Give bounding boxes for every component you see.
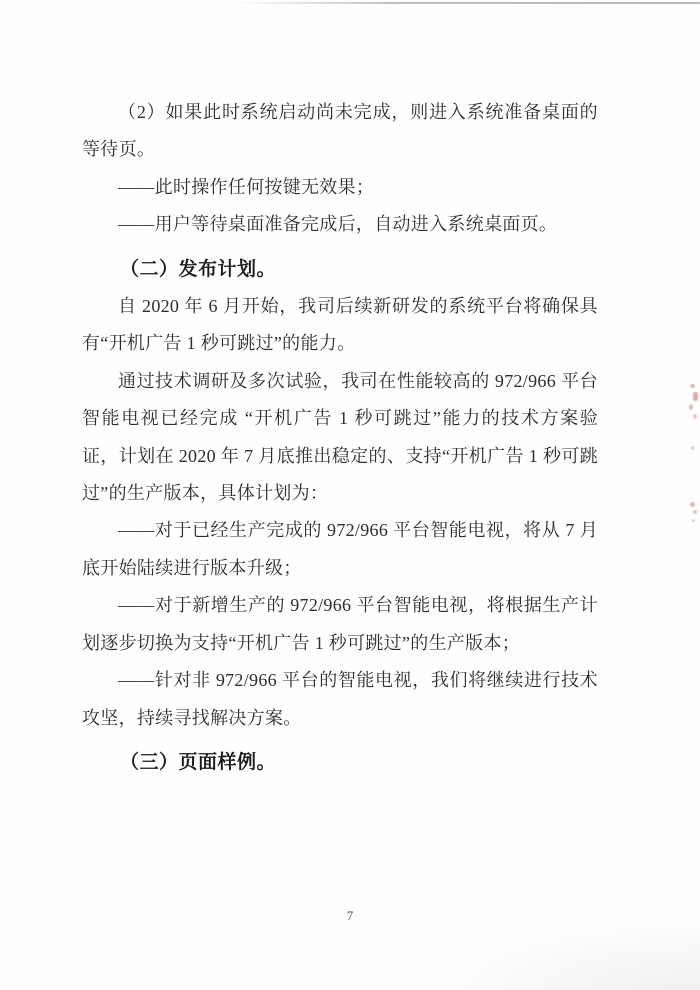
paragraph: ——用户等待桌面准备完成后，自动进入系统桌面页。 [82,206,598,243]
scan-artifact-line [235,2,700,4]
red-seal-mark [691,446,694,450]
page-number: 7 [0,908,700,924]
paragraph: ——此时操作任何按键无效果； [82,169,598,206]
document-page: （2）如果此时系统启动尚未完成，则进入系统准备桌面的等待页。——此时操作任何按键… [0,0,700,990]
section-heading: （二）发布计划。 [82,251,598,288]
section-heading: （三）页面样例。 [82,744,598,781]
paragraph: （2）如果此时系统启动尚未完成，则进入系统准备桌面的等待页。 [82,94,598,169]
paragraph: ——针对非 972/966 平台的智能电视，我们将继续进行技术攻坚，持续寻找解决… [82,662,598,737]
red-seal-mark [693,392,698,401]
paragraph: 通过技术调研及多次试验，我司在性能较高的 972/966 平台智能电视已经完成 … [82,363,598,513]
red-seal-mark [689,404,693,410]
red-seal-mark [693,510,697,514]
scan-shading [440,920,700,990]
paragraph: ——对于新增生产的 972/966 平台智能电视，将根据生产计划逐步切换为支持“… [82,587,598,662]
red-seal-mark [690,502,695,507]
red-seal-mark [692,519,695,522]
red-seal-mark [693,414,697,419]
paragraph: 自 2020 年 6 月开始，我司后续新研发的系统平台将确保具有“开机广告 1 … [82,288,598,363]
paragraph: ——对于已经生产完成的 972/966 平台智能电视，将从 7 月底开始陆续进行… [82,512,598,587]
red-seal-mark [690,384,695,388]
document-body: （2）如果此时系统启动尚未完成，则进入系统准备桌面的等待页。——此时操作任何按键… [82,94,598,781]
